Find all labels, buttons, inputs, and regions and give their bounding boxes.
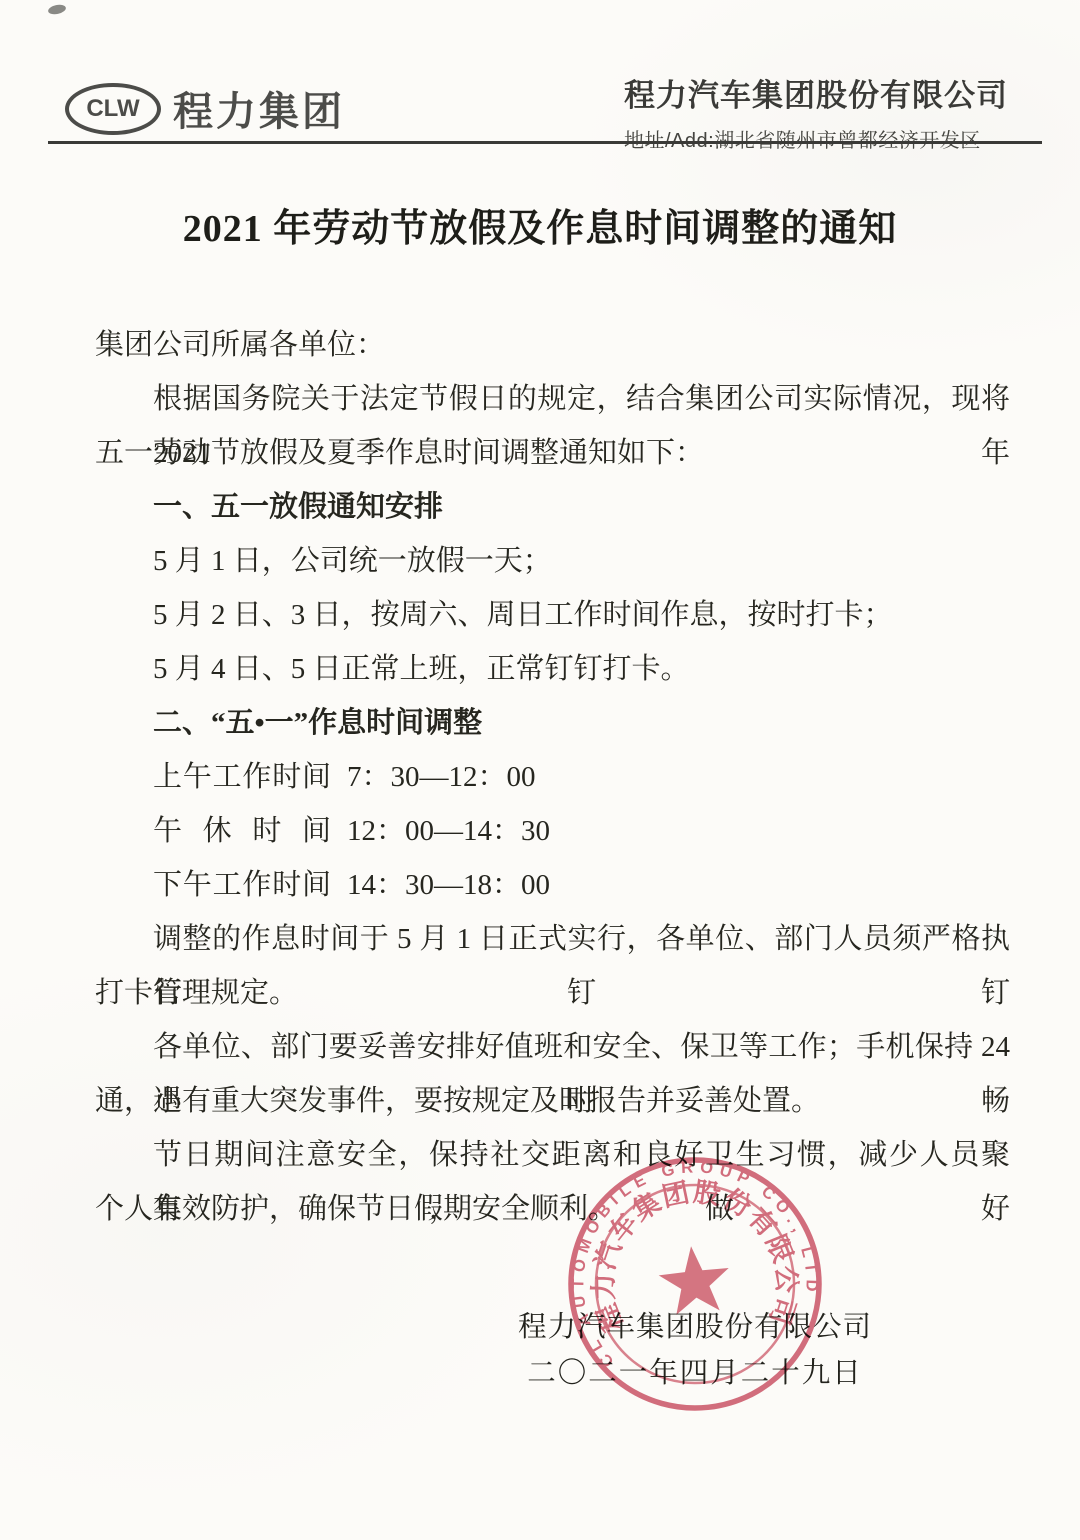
section1-item: 5 月 4 日、5 日正常上班，正常钉钉打卡。 [95,642,1010,696]
signature-company: 程力汽车集团股份有限公司 [485,1305,905,1351]
schedule-row: 午休时间12：00—14：30 [95,804,1010,858]
schedule-time: 7：30—12：00 [347,761,536,793]
schedule-label: 下午工作时间 [153,858,331,912]
section1-item: 5 月 1 日，公司统一放假一天； [95,534,1010,588]
header-divider [48,141,1042,144]
schedule-label: 上午工作时间 [153,750,331,804]
logo-abbr: CLW [86,95,139,123]
section1-item: 5 月 2 日、3 日，按周六、周日工作时间作息，按时打卡； [95,588,1010,642]
signature-block: 程力汽车集团股份有限公司 二〇二一年四月二十九日 [485,1305,905,1397]
document-body: 集团公司所属各单位： 根据国务院关于法定节假日的规定，结合集团公司实际情况，现将… [95,318,1010,1236]
signature-date: 二〇二一年四月二十九日 [485,1351,905,1397]
paragraph-line: 节日期间注意安全，保持社交距离和良好卫生习惯，减少人员聚集，做好 [95,1128,1010,1182]
paragraph-line: 调整的作息时间于 5 月 1 日正式实行，各单位、部门人员须严格执行钉钉 [95,912,1010,966]
schedule-time: 14：30—18：00 [347,869,550,901]
schedule-time: 12：00—14：30 [347,815,550,847]
clw-logo-icon: CLW [65,83,161,135]
company-name: 程力汽车集团股份有限公司 [624,70,1008,115]
logo-name: 程力集团 [173,80,345,137]
salutation: 集团公司所属各单位： [95,318,1010,372]
schedule-label: 午休时间 [153,804,331,858]
scanned-notice-page: CLW 程力集团 程力汽车集团股份有限公司 地址/Add:湖北省随州市曾都经济开… [0,0,1080,1540]
intro-line: 根据国务院关于法定节假日的规定，结合集团公司实际情况，现将 2021 年 [95,372,1010,426]
company-logo: CLW 程力集团 [65,80,345,137]
letterhead: CLW 程力集团 程力汽车集团股份有限公司 地址/Add:湖北省随州市曾都经济开… [0,0,1080,145]
schedule-row: 上午工作时间7：30—12：00 [95,750,1010,804]
section1-heading: 一、五一放假通知安排 [95,480,1010,534]
company-address: 地址/Add:湖北省随州市曾都经济开发区 [624,124,1008,153]
paragraph-line: 各单位、部门要妥善安排好值班和安全、保卫等工作；手机保持 24 小时畅 [95,1020,1010,1074]
document-title: 2021 年劳动节放假及作息时间调整的通知 [0,197,1080,252]
section2-heading: 二、“五•一”作息时间调整 [95,696,1010,750]
schedule-row: 下午工作时间14：30—18：00 [95,858,1010,912]
